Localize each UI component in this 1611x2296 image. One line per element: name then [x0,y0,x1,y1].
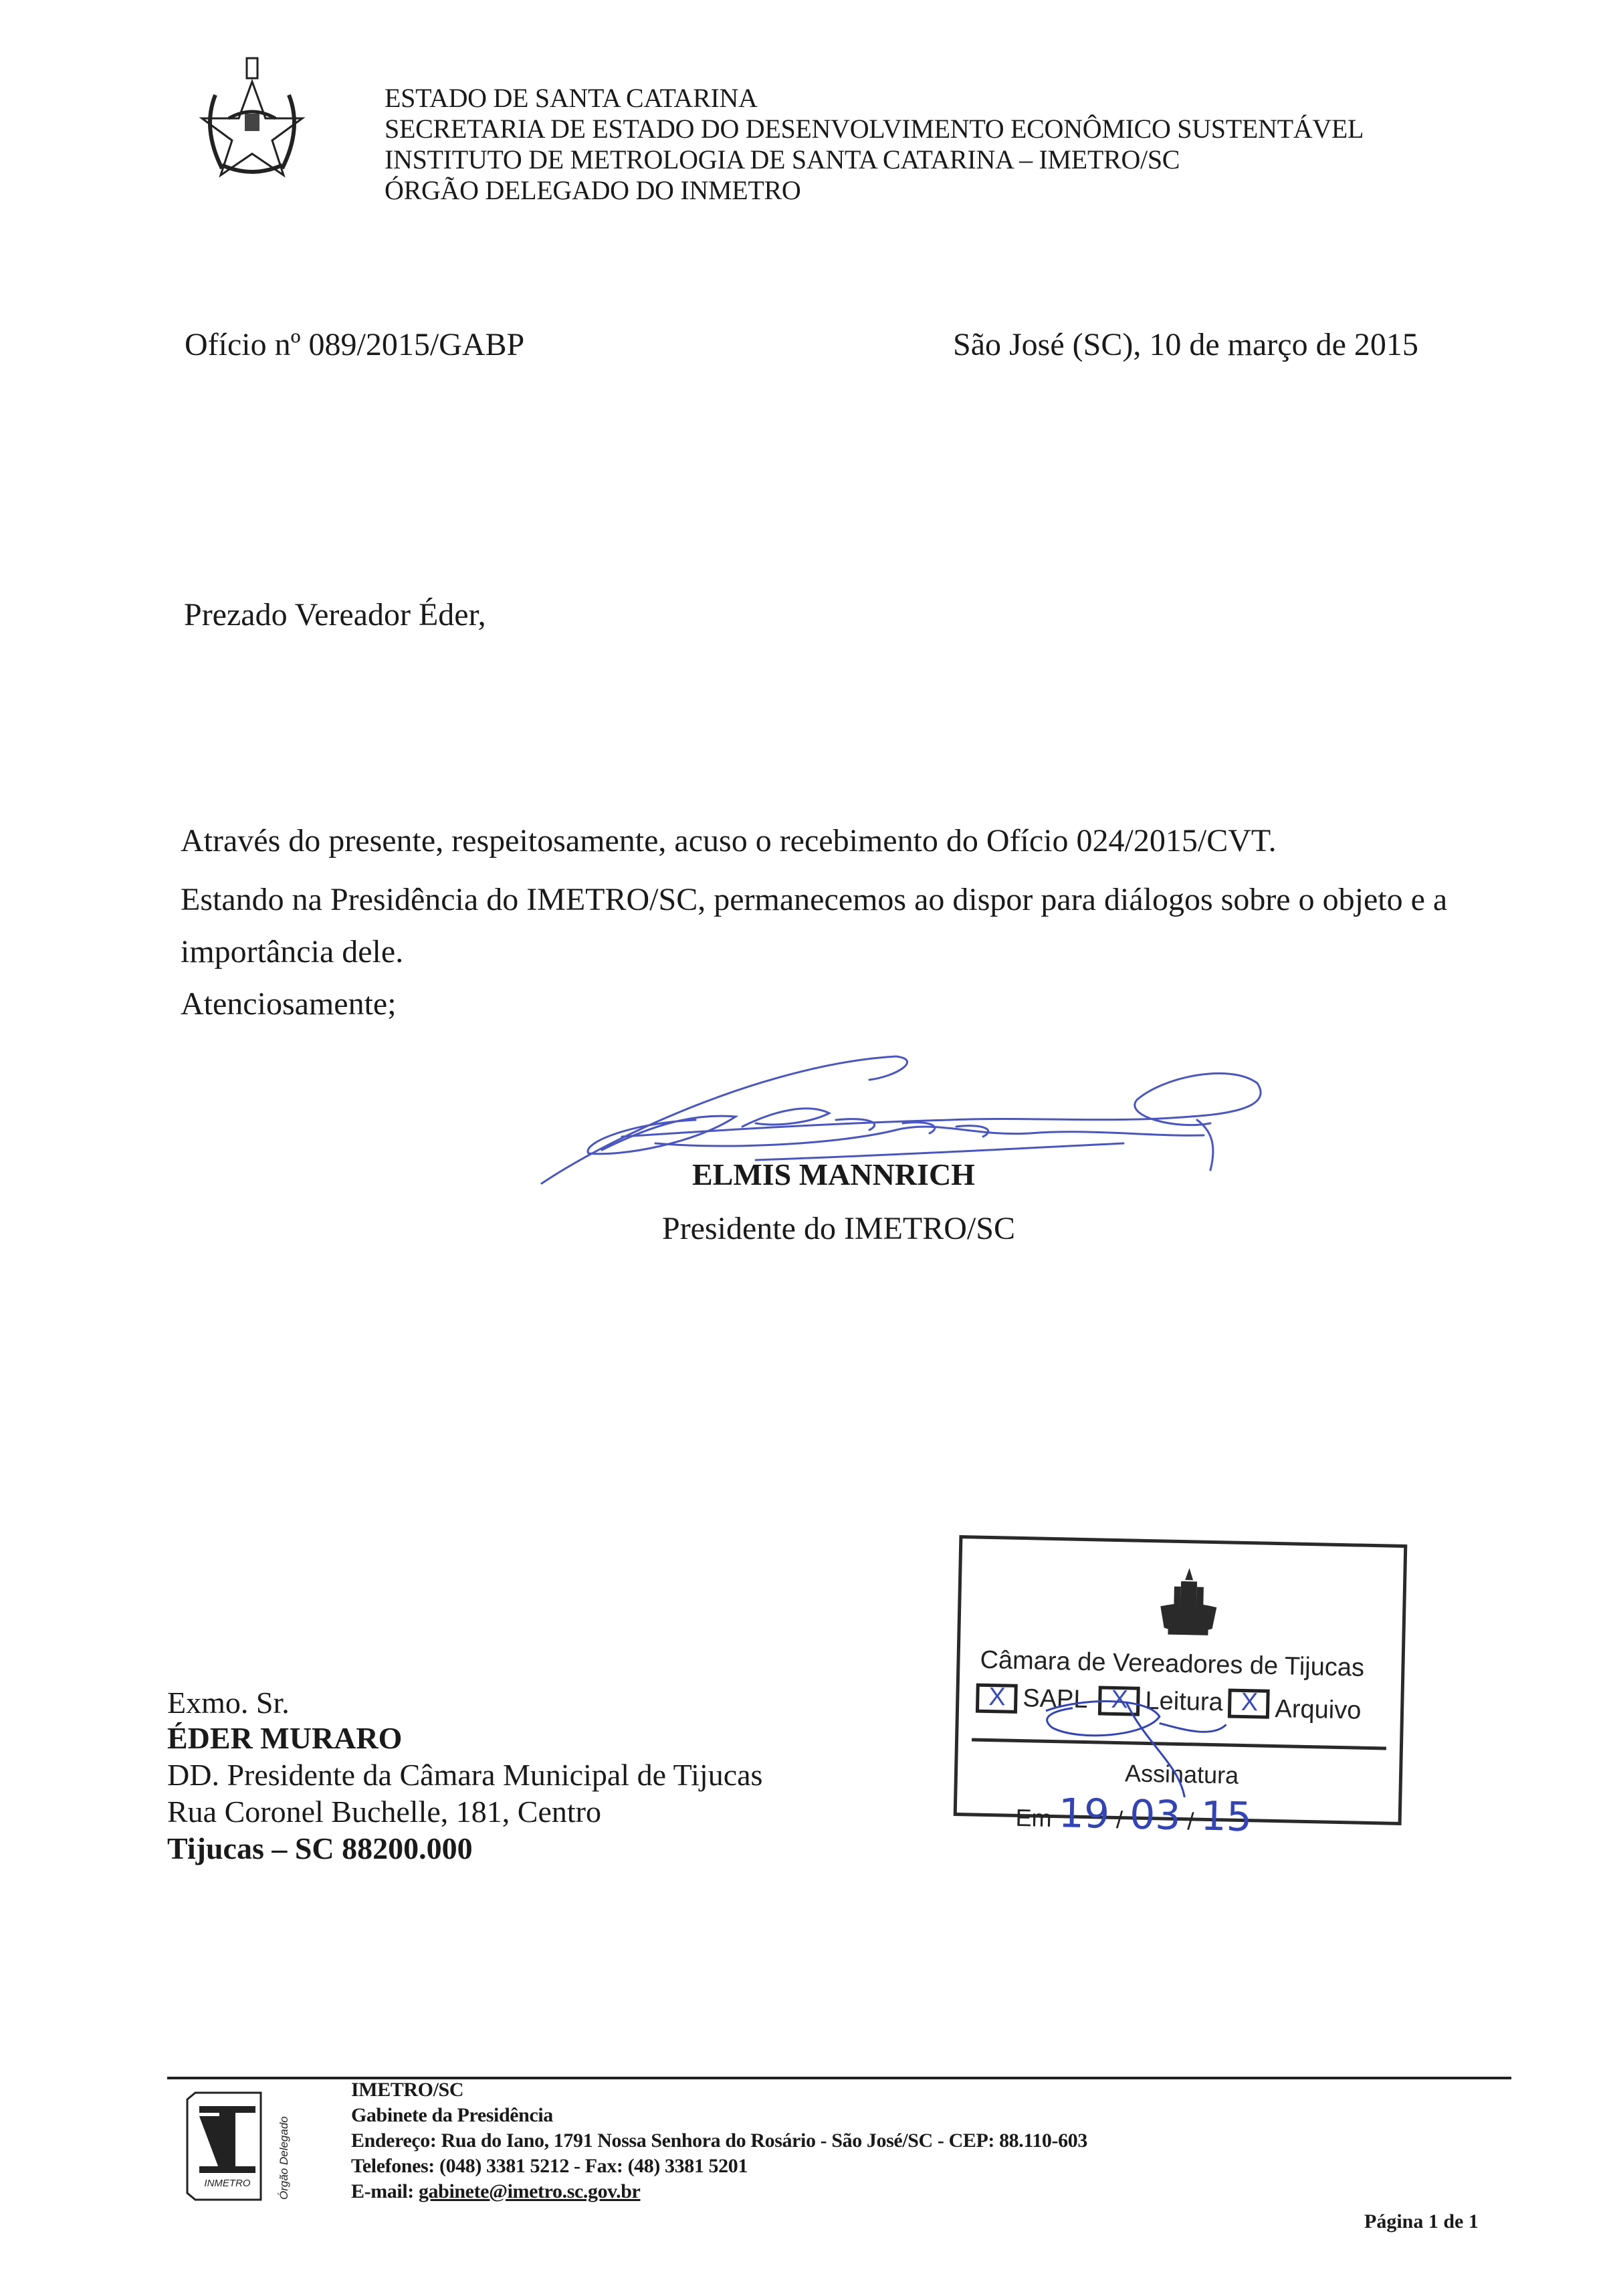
checkbox-leitura[interactable]: X [1098,1686,1140,1716]
body-paragraph-2-cont: importância dele. [181,933,403,970]
signer-role: Presidente do IMETRO/SC [662,1210,1015,1247]
addressee-title: DD. Presidente da Câmara Municipal de Ti… [167,1757,762,1793]
footer-department: Gabinete da Presidência [351,2103,553,2128]
date-month: 03 [1129,1791,1181,1839]
stamp-title: Câmara de Vereadores de Tijucas [980,1646,1364,1683]
letterhead-secretariat: SECRETARIA DE ESTADO DO DESENVOLVIMENTO … [385,114,1364,144]
body-paragraph-1: Através do presente, respeitosamente, ac… [181,822,1277,859]
document-reference-number: Ofício nº 089/2015/GABP [185,326,524,363]
footer-org: IMETRO/SC [351,2078,463,2102]
option-label-arquivo: Arquivo [1275,1695,1362,1726]
tijucas-crest-icon [1154,1566,1222,1641]
footer-email-label: E-mail: [351,2180,419,2202]
coat-of-arms-icon [195,55,309,182]
place-and-date: São José (SC), 10 de março de 2015 [953,326,1418,363]
closing: Atenciosamente; [181,986,397,1022]
inmetro-logo-icon: INMETRO Órgão Delegado [181,2086,308,2203]
signature-line [972,1738,1386,1750]
svg-text:Órgão Delegado: Órgão Delegado [278,2116,290,2200]
body-paragraph-2: Estando na Presidência do IMETRO/SC, per… [181,881,1447,918]
reception-stamp: Câmara de Vereadores de Tijucas X SAPL X… [954,1535,1408,1825]
check-mark: X [1241,1688,1258,1717]
svg-text:INMETRO: INMETRO [204,2178,250,2189]
footer-address: Endereço: Rua do Iano, 1791 Nossa Senhor… [351,2129,1087,2153]
footer-email-link[interactable]: gabinete@imetro.sc.gov.br [419,2180,640,2202]
page-number: Página 1 de 1 [1364,2210,1479,2233]
date-label: Em [1015,1804,1052,1832]
signer-name: ELMIS MANNRICH [692,1157,975,1192]
footer-email-row: E-mail: gabinete@imetro.sc.gov.br [351,2180,640,2204]
date-year: 15 [1200,1793,1253,1841]
salutation: Prezado Vereador Éder, [184,596,486,633]
letterhead-delegate: ÓRGÃO DELEGADO DO INMETRO [385,175,800,206]
date-sep: / [1116,1806,1123,1833]
check-mark: X [988,1683,1006,1712]
checkbox-arquivo[interactable]: X [1228,1688,1270,1718]
check-mark: X [1111,1685,1128,1714]
option-label-sapl: SAPL [1023,1684,1088,1714]
addressee-salutation: Exmo. Sr. [167,1685,290,1720]
addressee-name: ÉDER MURARO [167,1720,402,1756]
date-sep: / [1187,1807,1194,1835]
letterhead-institute: INSTITUTO DE METROLOGIA DE SANTA CATARIN… [385,144,1180,175]
addressee-street: Rua Coronel Buchelle, 181, Centro [167,1794,601,1829]
checkbox-sapl[interactable]: X [976,1683,1018,1713]
signature-label: Assinatura [1125,1759,1239,1790]
date-day: 19 [1058,1790,1110,1838]
letterhead-state: ESTADO DE SANTA CATARINA [385,83,758,114]
addressee-city: Tijucas – SC 88200.000 [167,1831,473,1866]
option-label-leitura: Leitura [1145,1687,1223,1717]
footer-phones: Telefones: (048) 3381 5212 - Fax: (48) 3… [351,2154,748,2178]
